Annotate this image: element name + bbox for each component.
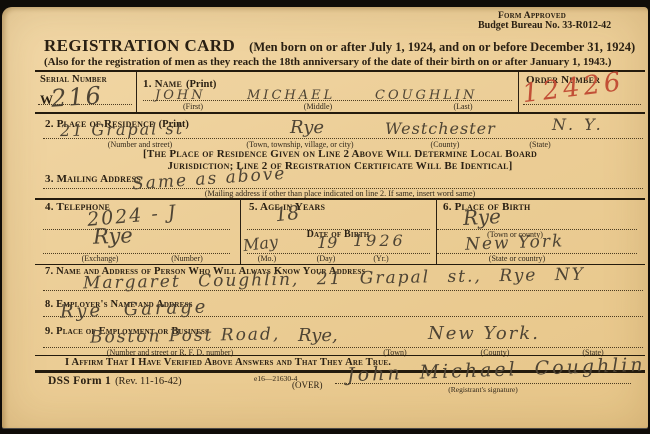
name-first-value: JOHN <box>155 88 206 103</box>
residence-field: 2. Place of Residence (Print) 21 Grapal … <box>35 112 645 149</box>
budget-bureau-line: Budget Bureau No. 33-R012-42 <box>478 21 611 31</box>
jurisdiction-note-line2: Jurisdiction; Line 2 of Registration Cer… <box>35 161 645 173</box>
print-code: e16—21630-4 <box>254 374 297 383</box>
birth-state-value: New York <box>465 231 565 254</box>
dob-sublabel-day: (Day) <box>317 254 336 263</box>
mailing-fine-print: (Mailing address if other than place ind… <box>205 189 476 198</box>
form-id-row: DSS Form 1 (Rev. 11-16-42) <box>48 371 182 389</box>
contact-field: 7. Name and Address of Person Who Will A… <box>35 264 645 298</box>
telephone-dotted-line-1 <box>43 229 230 230</box>
name-last-value: COUGHLIN <box>375 88 477 103</box>
name-sublabel-middle: (Middle) <box>304 102 332 111</box>
row-phone-age-birth: 4. Telephone 2024 - J Rye (Exchange) (Nu… <box>35 198 645 265</box>
employment-dotted-line <box>43 347 643 348</box>
telephone-field: 4. Telephone 2024 - J Rye (Exchange) (Nu… <box>35 198 240 264</box>
residence-town-value: Rye <box>290 117 324 138</box>
dob-sublabel-year: (Yr.) <box>373 254 388 263</box>
title-row: REGISTRATION CARD (Men born on or after … <box>44 36 635 56</box>
employment-street-value: Boston Post Road, <box>90 324 281 347</box>
mailing-address-field: 3. Mailing Address Same as above (Mailin… <box>35 172 645 200</box>
employer-value: Rye Garage <box>60 296 209 322</box>
telephone-sublabel-number: (Number) <box>171 254 203 263</box>
residence-street-value: 21 Grapal st <box>60 119 184 140</box>
telephone-exchange-value: Rye <box>93 223 134 248</box>
jurisdiction-note-line1: [The Place of Residence Given on Line 2 … <box>35 149 645 161</box>
subtitle: (Also for the registration of men as the… <box>44 56 611 68</box>
order-number-field: Order Number 12426 <box>518 72 645 112</box>
serial-number-value: 216 <box>50 81 104 113</box>
form-approval-block: Form Approved Budget Bureau No. 33-R012-… <box>478 11 611 31</box>
age-field: 5. Age in Years 18 Date of Birth May 19 … <box>240 198 437 264</box>
over-label: (OVER) <box>292 380 323 390</box>
title-note: (Men born on or after July 1, 1924, and … <box>249 40 635 54</box>
jurisdiction-note: [The Place of Residence Given on Line 2 … <box>35 149 645 172</box>
dob-month-value: May <box>242 232 279 255</box>
row-serial-name-order: Serial Number W 216 1. Name (Print) JOHN… <box>35 72 645 114</box>
form-id: DSS Form 1 <box>48 375 111 387</box>
form-grid: Serial Number W 216 1. Name (Print) JOHN… <box>35 70 645 72</box>
name-sublabel-last: (Last) <box>453 102 472 111</box>
page-title: REGISTRATION CARD <box>44 36 235 55</box>
age-dotted-line-1 <box>247 229 430 230</box>
serial-number-field: Serial Number W 216 <box>35 72 137 112</box>
dob-year-value: 1926 <box>353 231 406 250</box>
employment-state-value: New York. <box>428 323 540 344</box>
birth-state-sublabel: (State or country) <box>489 254 545 263</box>
age-dotted-line-2 <box>247 253 430 254</box>
residence-state-value: N. Y. <box>552 115 604 134</box>
dob-sublabel-month: (Mo.) <box>258 254 276 263</box>
place-of-birth-field: 6. Place of Birth Rye (Town or county) N… <box>435 198 645 264</box>
name-field: 1. Name (Print) JOHN MICHAEL COUGHLIN (F… <box>137 72 518 112</box>
telephone-sublabel-exchange: (Exchange) <box>82 254 119 263</box>
employer-field: 8. Employer's Name and Address Rye Garag… <box>35 298 645 325</box>
affirmation-text: I Affirm That I Have Verified Above Answ… <box>65 357 391 368</box>
registration-card-sheet: Form Approved Budget Bureau No. 33-R012-… <box>2 7 648 428</box>
age-value: 18 <box>274 202 300 226</box>
mailing-address-label: 3. Mailing Address <box>45 173 141 185</box>
residence-county-value: Westchester <box>385 119 496 138</box>
dob-day-value: 19 <box>317 233 337 252</box>
name-middle-value: MICHAEL <box>247 88 335 103</box>
telephone-dotted-line-2 <box>43 253 230 254</box>
signature-sublabel: (Registrant's signature) <box>448 385 517 394</box>
employment-town-value: Rye, <box>298 325 338 346</box>
name-sublabel-first: (First) <box>183 102 203 111</box>
form-revision: (Rev. 11-16-42) <box>115 376 182 387</box>
birth-town-value: Rye <box>462 204 501 230</box>
employment-field: 9. Place of Employment or Business Bosto… <box>35 325 645 355</box>
